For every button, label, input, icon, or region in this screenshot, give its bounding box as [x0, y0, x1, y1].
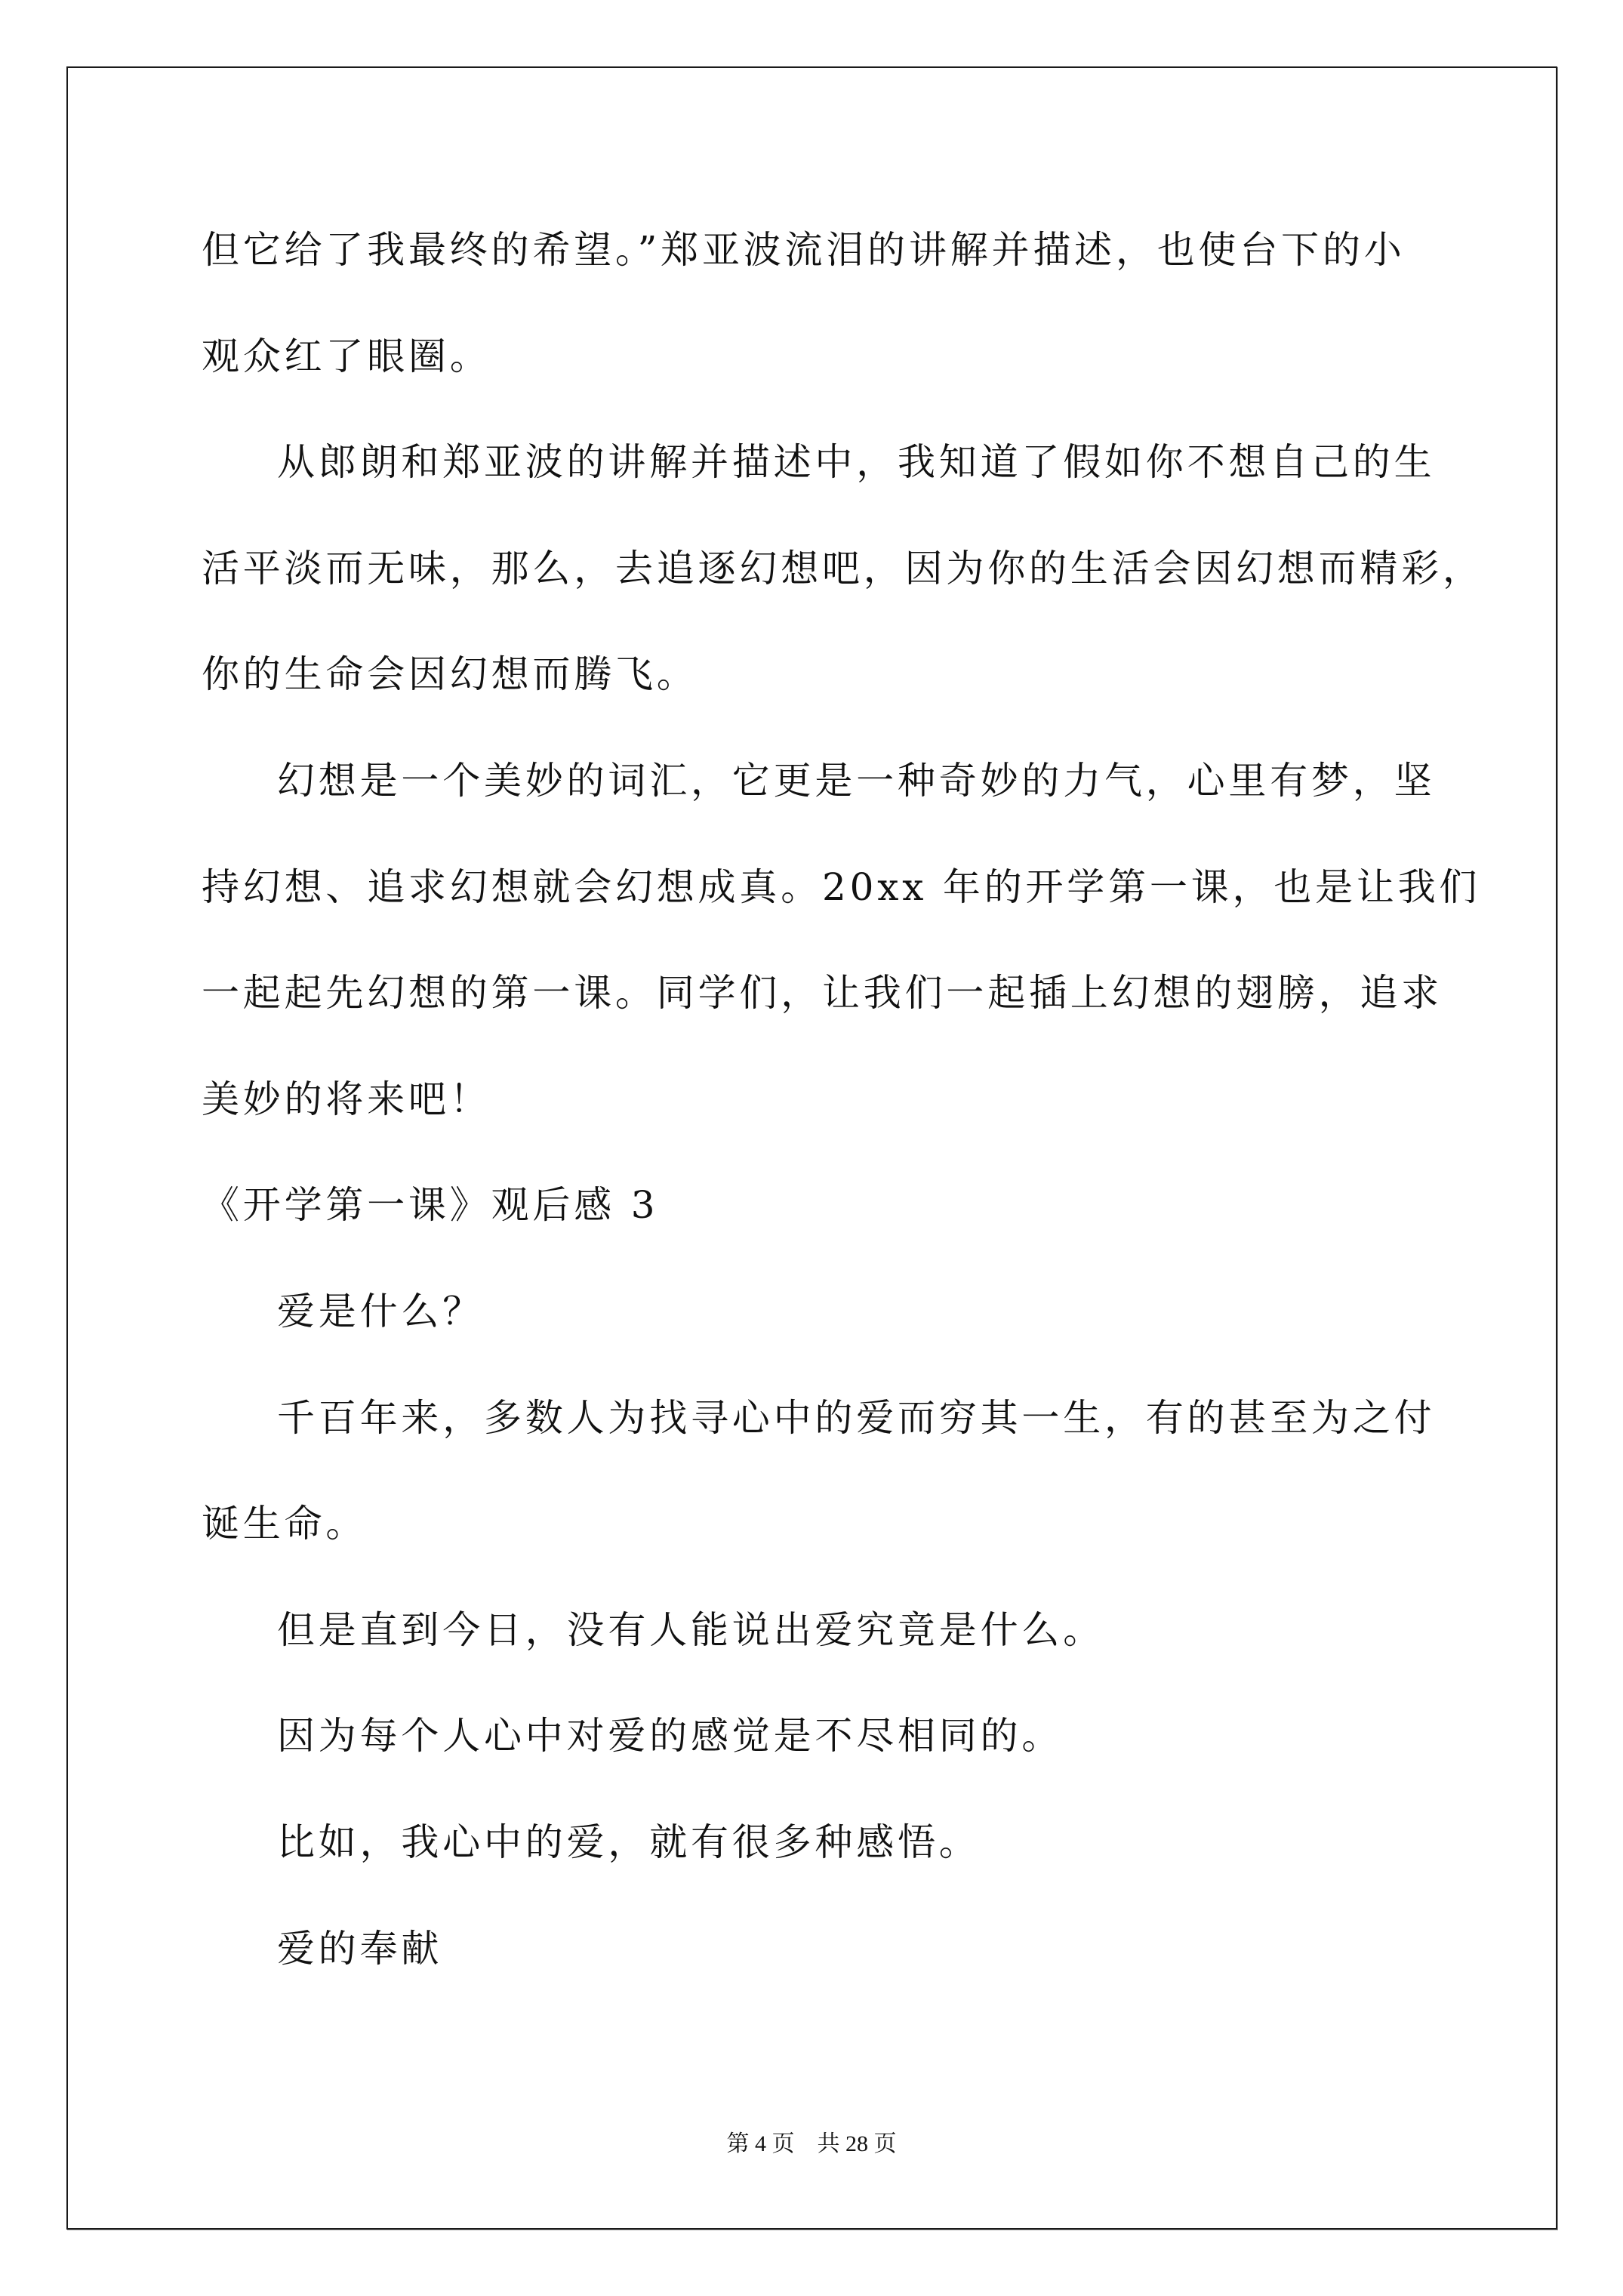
- paragraph-line: 你的生命会因幻想而腾飞。: [202, 621, 1500, 728]
- paragraph-line: 美妙的将来吧！: [202, 1046, 1500, 1153]
- paragraph-line: 爱是什么？: [202, 1259, 1500, 1365]
- paragraph-line: 活平淡而无味，那么，去追逐幻想吧，因为你的生活会因幻想而精彩，: [202, 516, 1500, 622]
- document-body: 但它给了我最终的希望。”郑亚波流泪的讲解并描述，也使台下的小 观众红了眼圈。 从…: [202, 197, 1500, 2002]
- paragraph-line: 持幻想、追求幻想就会幻想成真。20xx 年的开学第一课，也是让我们: [202, 834, 1500, 941]
- page-number-footer: 第 4 页 共 28 页: [0, 2128, 1623, 2161]
- paragraph-line: 诞生命。: [202, 1471, 1500, 1577]
- paragraph-line: 一起起先幻想的第一课。同学们，让我们一起插上幻想的翅膀，追求: [202, 940, 1500, 1046]
- paragraph-line: 爱的奉献: [202, 1896, 1500, 2002]
- paragraph-line: 幻想是一个美妙的词汇，它更是一种奇妙的力气，心里有梦，坚: [202, 728, 1500, 834]
- paragraph-line: 千百年来，多数人为找寻心中的爱而穷其一生，有的甚至为之付: [202, 1365, 1500, 1472]
- paragraph-line: 比如，我心中的爱，就有很多种感悟。: [202, 1789, 1500, 1896]
- paragraph-line: 但是直到今日，没有人能说出爱究竟是什么。: [202, 1577, 1500, 1684]
- paragraph-line: 因为每个人心中对爱的感觉是不尽相同的。: [202, 1683, 1500, 1789]
- paragraph-line: 但它给了我最终的希望。”郑亚波流泪的讲解并描述，也使台下的小: [202, 197, 1500, 304]
- paragraph-line: 观众红了眼圈。: [202, 304, 1500, 410]
- paragraph-line: 从郎朗和郑亚波的讲解并描述中，我知道了假如你不想自己的生: [202, 409, 1500, 516]
- section-heading: 《开学第一课》观后感 3: [202, 1152, 1500, 1259]
